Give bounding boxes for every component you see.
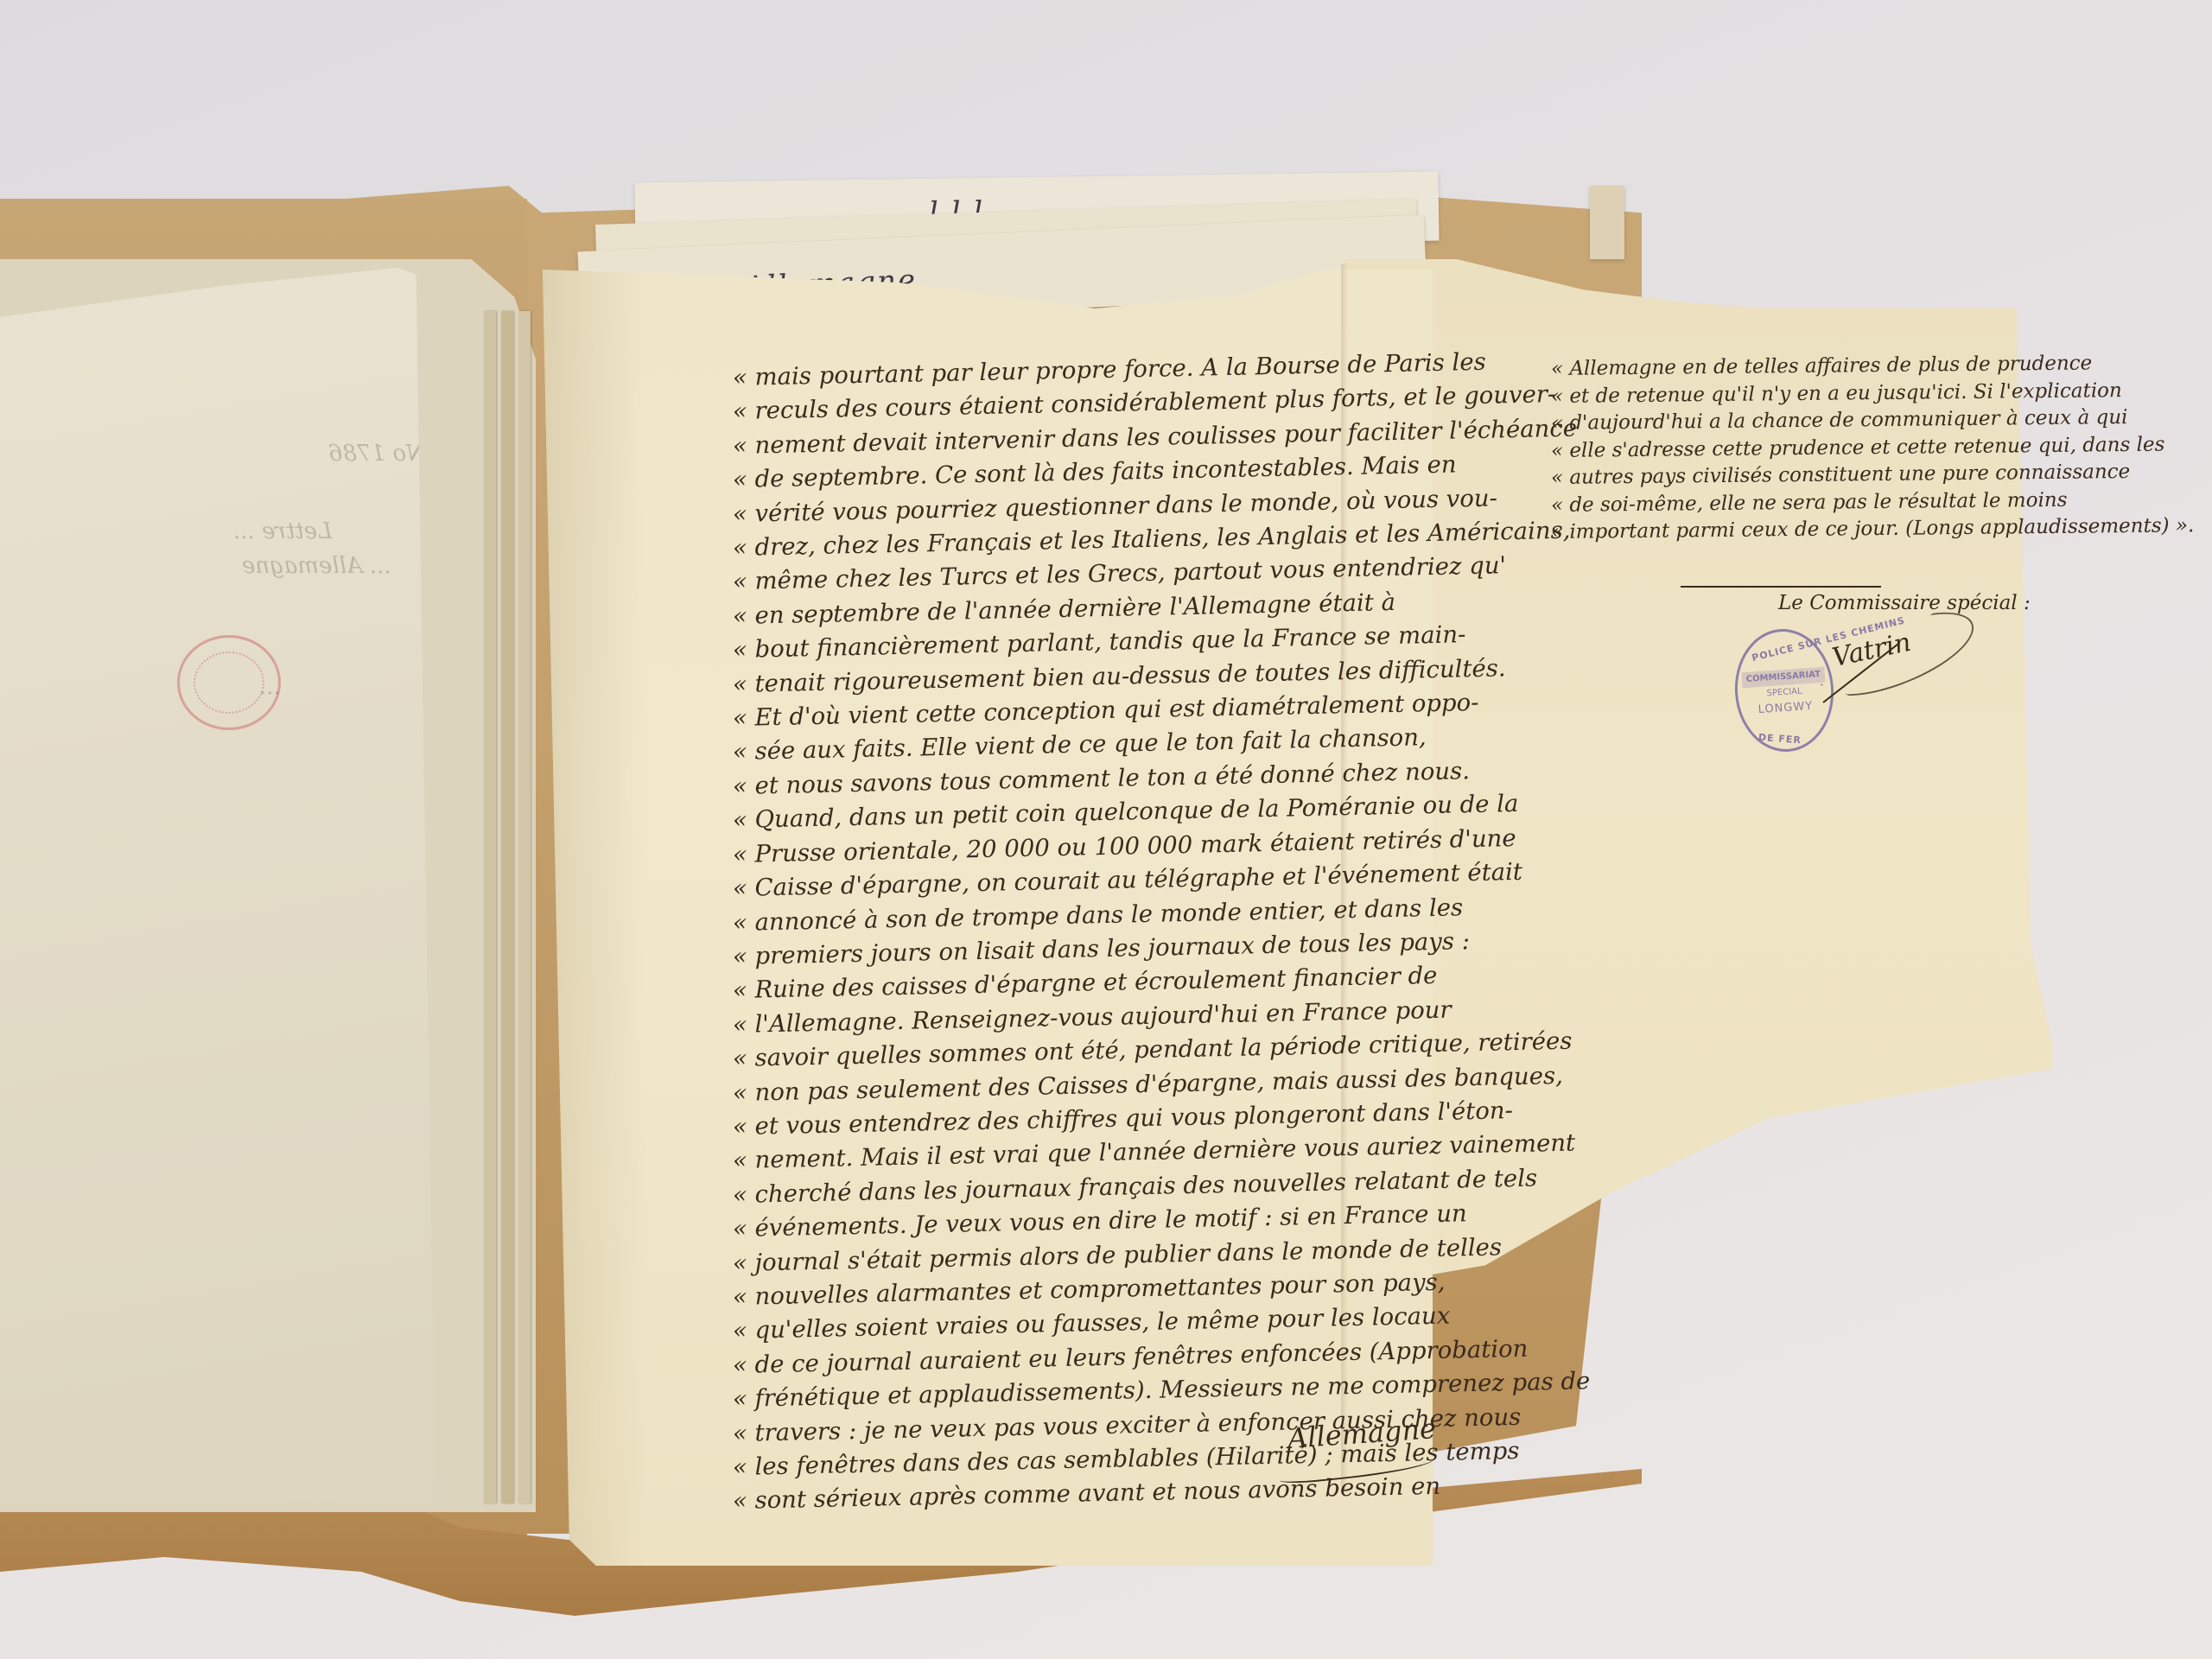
bleed-through-text: No 1786 [328,441,426,467]
left-document-page[interactable]: No 1786 Lettre ... ... Allemagne ... [0,268,484,1503]
top-sheet-tab [1590,186,1624,259]
handwritten-left-page-text: « mais pourtant par leur propre force. A… [733,361,1591,1519]
left-page-edge [484,311,496,1503]
left-page-edge [501,311,513,1503]
bleed-through-text: ... Allemagne [242,553,391,579]
signature-title: Le Commissaire spécial : [1778,592,2031,614]
handwritten-right-page-text: « Allemagne en de telles affaires de plu… [1551,356,2194,547]
separator-rule [1681,586,1881,588]
text-line: « important parmi ceux de ce jour. (Long… [1551,512,2195,546]
stamp-ring-bottom: DE FER [1758,732,1802,746]
left-page-edge [518,311,531,1503]
bleed-through-text: ... [259,674,281,700]
bleed-through-text: Lettre ... [233,518,332,544]
